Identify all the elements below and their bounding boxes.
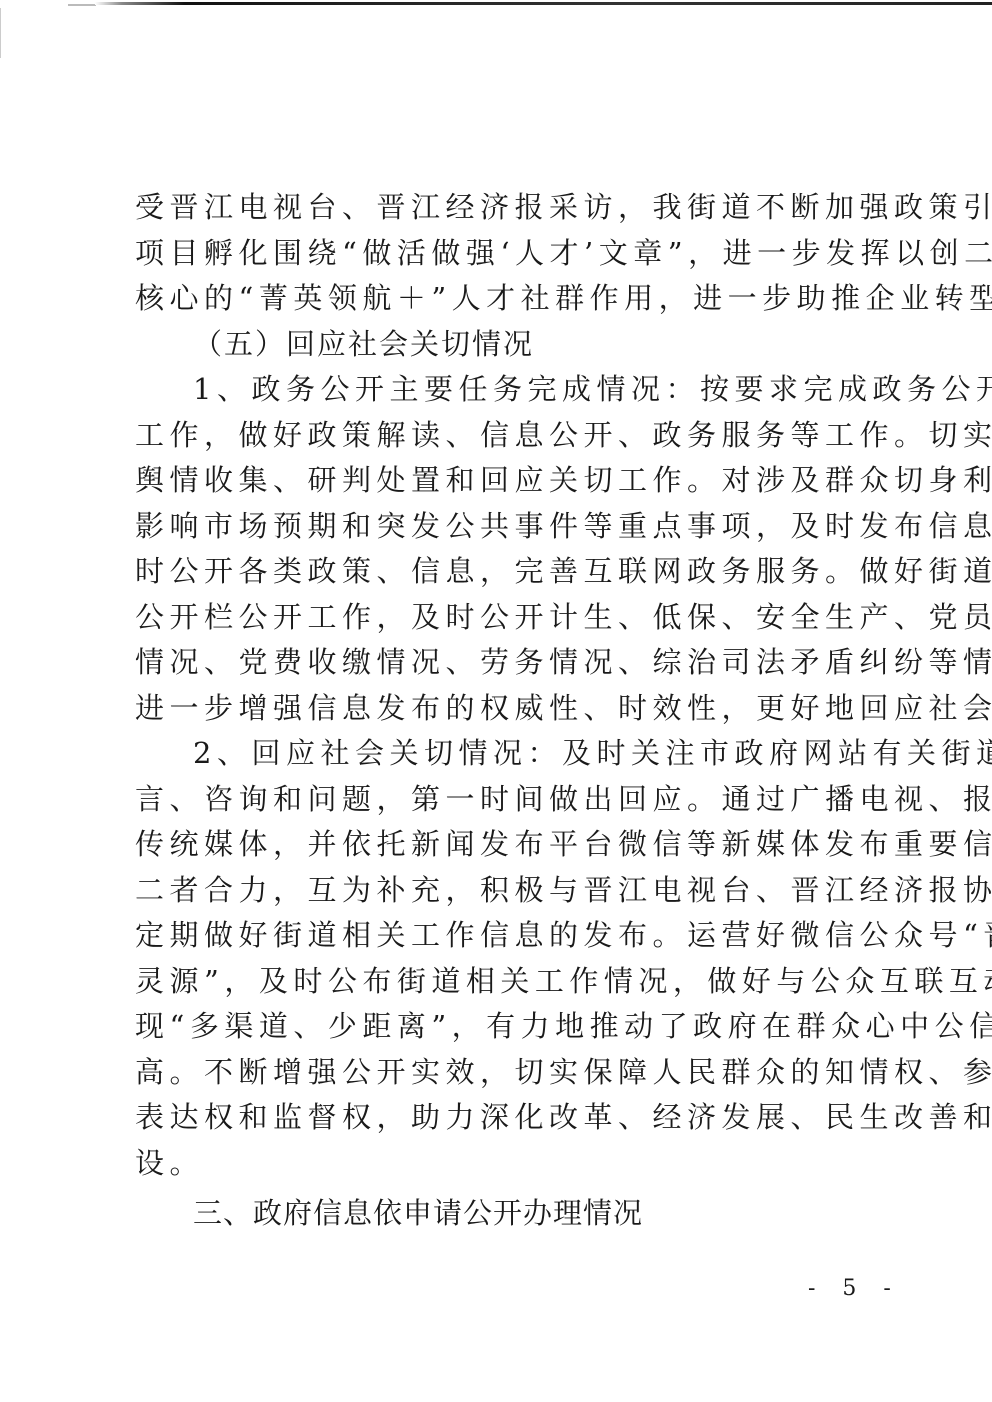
page-number: - 5 -	[808, 1276, 901, 1301]
item-2-paragraph: 2、回应社会关切情况：及时关注市政府网站有关街道的留 言、咨询和问题，第一时间做…	[135, 731, 870, 1186]
text-line: 时公开各类政策、信息，完善互联网政务服务。做好街道政务	[135, 549, 870, 595]
text-line: 2、回应社会关切情况：及时关注市政府网站有关街道的留	[135, 731, 870, 777]
section-five-heading: （五）回应社会关切情况	[135, 322, 870, 368]
header-rule	[95, 2, 992, 5]
document-page: 受晋江电视台、晋江经济报采访，我街道不断加强政策引导和 项目孵化围绕“做活做强‘…	[135, 185, 870, 1237]
scan-edge	[0, 8, 1, 58]
section-three-heading: 三、政府信息依申请公开办理情况	[135, 1191, 870, 1237]
text-line: 舆情收集、研判处置和回应关切工作。对涉及群众切身利益、	[135, 458, 870, 504]
text-line: 设。	[135, 1141, 870, 1187]
text-line: 情况、党费收缴情况、劳务情况、综治司法矛盾纠纷等情况。	[135, 640, 870, 686]
text-line: 现“多渠道、少距离”，有力地推动了政府在群众心中公信力的提	[135, 1004, 870, 1050]
item-1-paragraph: 1、政务公开主要任务完成情况：按要求完成政务公开主要 工作，做好政策解读、信息公…	[135, 367, 870, 731]
text-line: 工作，做好政策解读、信息公开、政务服务等工作。切实抓好	[135, 413, 870, 459]
text-line: 进一步增强信息发布的权威性、时效性，更好地回应社会关切。	[135, 686, 870, 732]
text-line: 核心的“菁英领航＋”人才社群作用，进一步助推企业转型升级。	[135, 276, 870, 322]
header-rule-faint	[68, 4, 96, 6]
text-line: 影响市场预期和突发公共事件等重点事项，及时发布信息。及	[135, 504, 870, 550]
text-line: 二者合力，互为补充，积极与晋江电视台、晋江经济报协调，	[135, 868, 870, 914]
text-line: 表达权和监督权，助力深化改革、经济发展、民生改善和政府建	[135, 1095, 870, 1141]
intro-paragraph: 受晋江电视台、晋江经济报采访，我街道不断加强政策引导和 项目孵化围绕“做活做强‘…	[135, 185, 870, 322]
text-line: 1、政务公开主要任务完成情况：按要求完成政务公开主要	[135, 367, 870, 413]
text-line: 公开栏公开工作，及时公开计生、低保、安全生产、党员发展	[135, 595, 870, 641]
text-line: 灵源”，及时公布街道相关工作情况，做好与公众互联互动。实	[135, 959, 870, 1005]
text-line: 高。不断增强公开实效，切实保障人民群众的知情权、参与权、	[135, 1050, 870, 1096]
text-line: 传统媒体，并依托新闻发布平台微信等新媒体发布重要信息。	[135, 822, 870, 868]
text-line: 言、咨询和问题，第一时间做出回应。通过广播电视、报刊等	[135, 777, 870, 823]
text-line: 项目孵化围绕“做活做强‘人才’文章”，进一步发挥以创二代为	[135, 231, 870, 277]
text-line: 定期做好街道相关工作信息的发布。运营好微信公众号“晋江	[135, 913, 870, 959]
text-line: 受晋江电视台、晋江经济报采访，我街道不断加强政策引导和	[135, 185, 870, 231]
